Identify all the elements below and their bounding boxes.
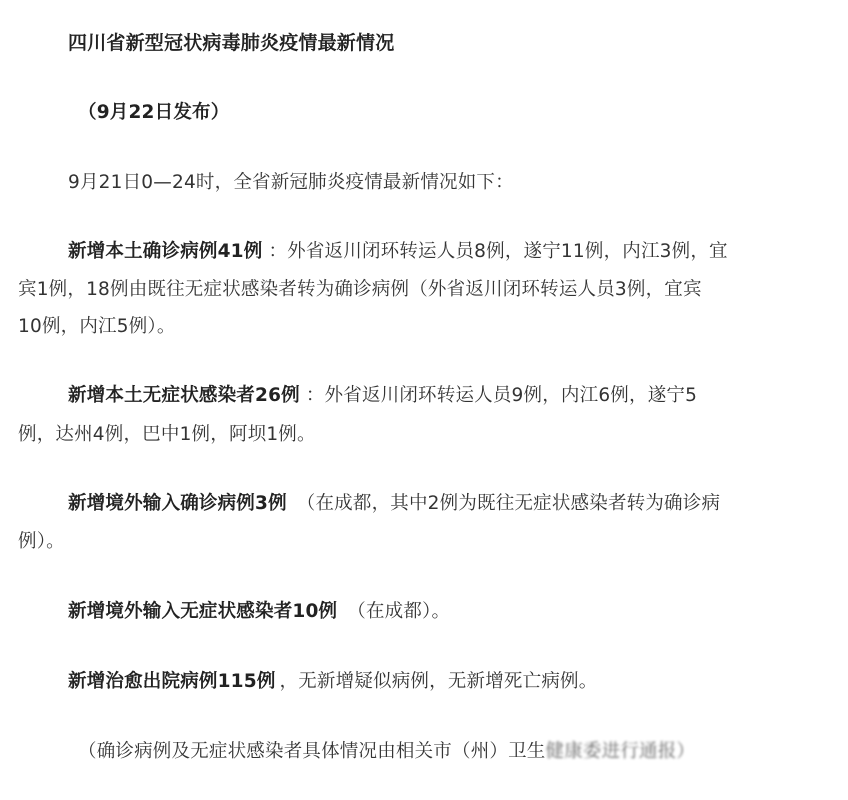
paragraph-text: 宾1例，18例由既往无症状感染者转为确诊病例（外省返川闭环转运人员3例，宜宾 <box>18 278 702 302</box>
paragraph-text: 10例，内江5例）。 <box>18 315 176 339</box>
paragraph-text: ：外省返川闭环转运人员9例，内江6例，遂宁5 <box>306 385 697 406</box>
paragraph-heading: 新增本土无症状感染者26例 <box>68 385 300 406</box>
footnote: （确诊病例及无症状感染者具体情况由相关市（州）卫生健康委进行通报） <box>78 740 695 764</box>
paragraph-text: ，无新增疑似病例，无新增死亡病例。 <box>280 671 598 692</box>
paragraph-heading: 新增境外输入确诊病例3例 <box>68 493 287 514</box>
paragraph-heading: 新增本土确诊病例41例 <box>68 241 262 262</box>
intro-text: 9月21日0—24时，全省新冠肺炎疫情最新情况如下： <box>68 171 514 195</box>
paragraph-heading: 新增治愈出院病例115例 <box>68 671 276 692</box>
article-title: 四川省新型冠状病毒肺炎疫情最新情况 <box>68 31 394 55</box>
article-body: 四川省新型冠状病毒肺炎疫情最新情况 （9月22日发布） 9月21日0—24时，全… <box>0 0 848 800</box>
release-date: （9月22日发布） <box>78 101 229 125</box>
paragraph-text: （在成都，其中2例为既往无症状感染者转为确诊病 <box>297 493 720 514</box>
paragraph-text: 例，达州4例，巴中1例，阿坝1例。 <box>18 423 316 447</box>
paragraph-text: ：外省返川闭环转运人员8例，遂宁11例，内江3例，宜 <box>268 241 727 262</box>
footnote-text-blurred: 健康委进行通报） <box>546 740 696 764</box>
footnote-text: （确诊病例及无症状感染者具体情况由相关市（州）卫生 <box>78 741 546 762</box>
paragraph-text: （在成都）。 <box>347 601 450 622</box>
paragraph-heading: 新增境外输入无症状感染者10例 <box>68 601 337 622</box>
paragraph-text: 例）。 <box>18 530 65 554</box>
